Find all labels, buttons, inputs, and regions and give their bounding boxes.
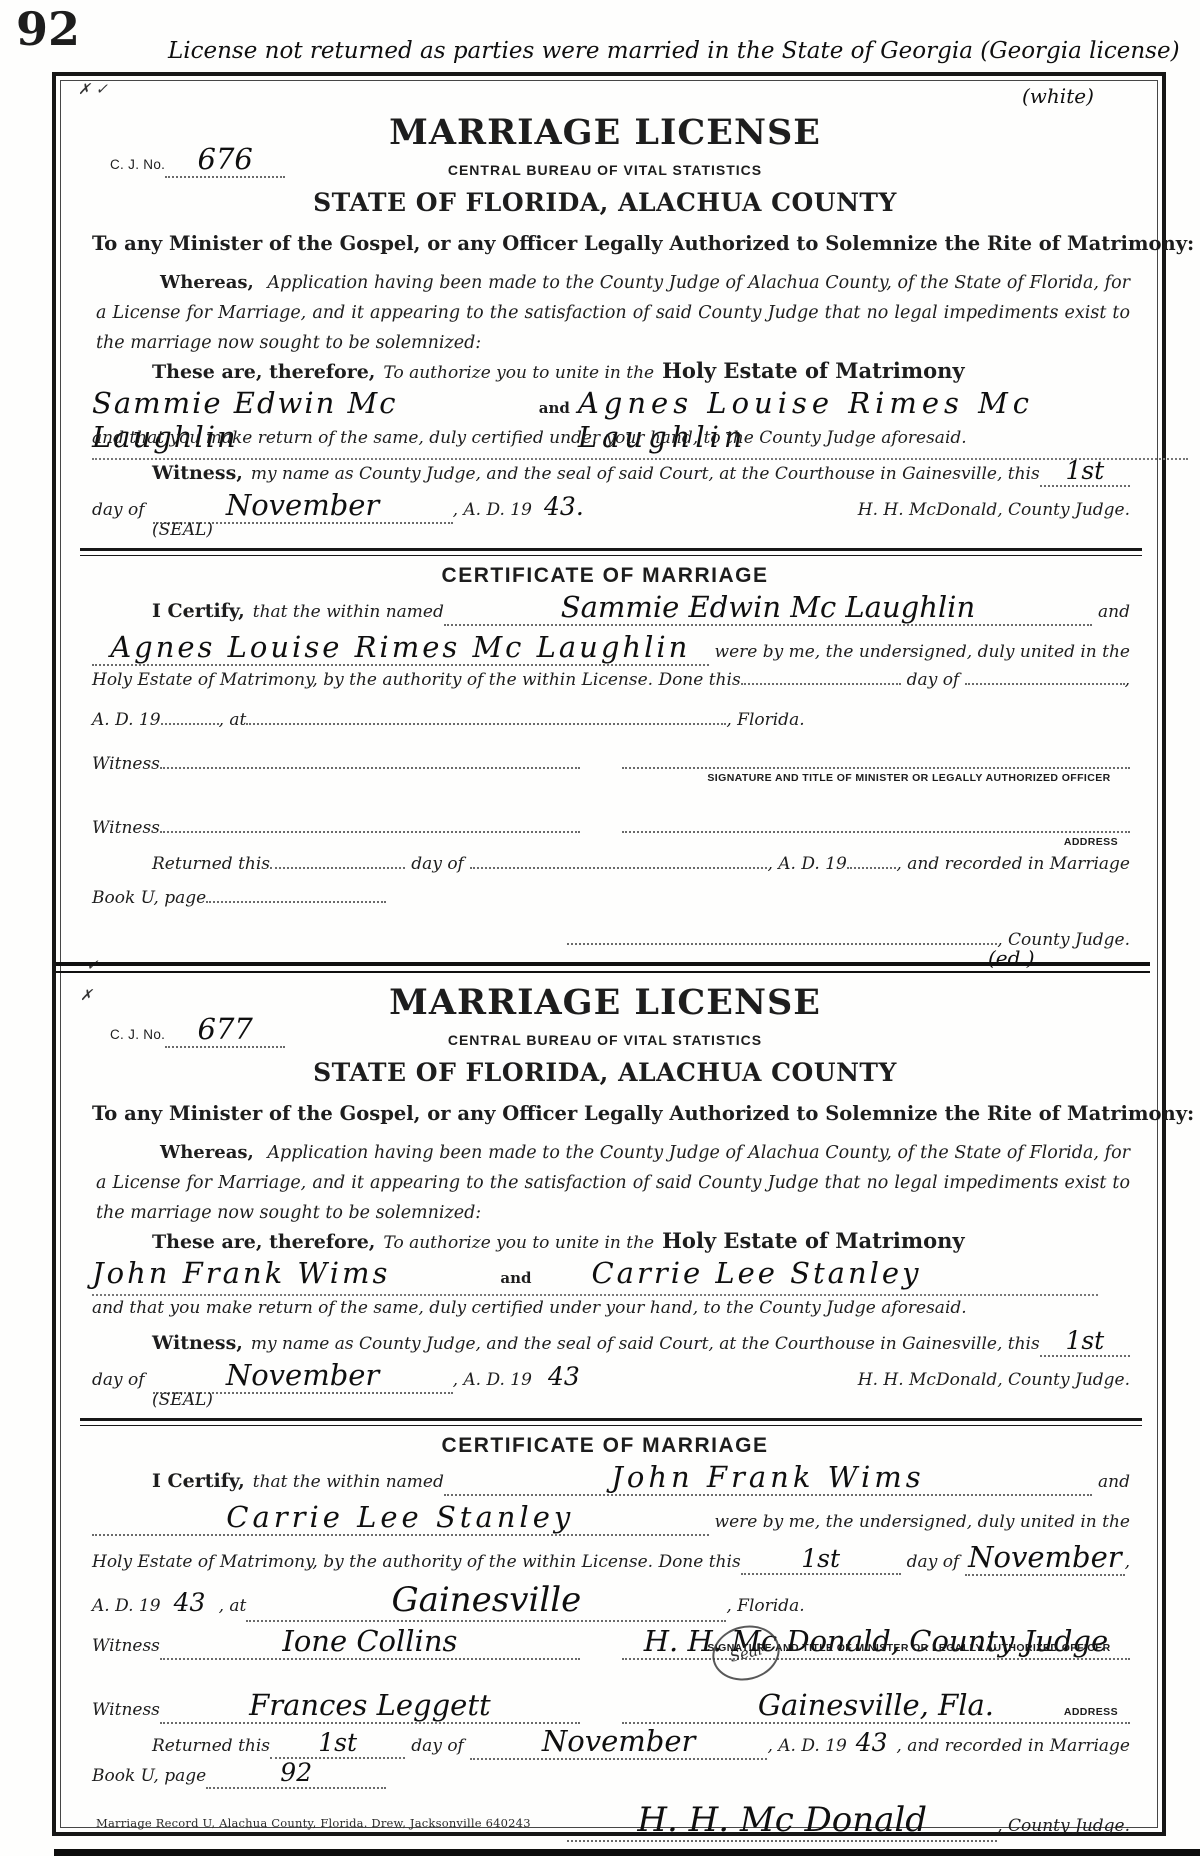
returned-day-slot: 1st xyxy=(270,1728,405,1759)
these-text: To authorize you to unite in the xyxy=(383,363,654,383)
cert-year-slot xyxy=(161,723,219,725)
returned-day-slot xyxy=(270,867,405,869)
couple-names-line: John Frank Wims and Carrie Lee Stanley xyxy=(92,1256,1098,1296)
returned-line: Returned this day of , A. D. 19 , and re… xyxy=(152,854,1130,874)
certify-label: I Certify, xyxy=(152,600,245,622)
whereas-label: Whereas, xyxy=(160,272,254,293)
done-this-line: Holy Estate of Matrimony, by the authori… xyxy=(92,670,1130,690)
seal-word: (SEAL) xyxy=(152,1390,213,1410)
county-judge-line: , County Judge. xyxy=(92,930,1130,950)
witness1-slot xyxy=(160,767,580,769)
returned-month-value: November xyxy=(542,1724,695,1758)
month-slot: November xyxy=(153,1358,453,1394)
certify-line: I Certify, that the within named John Fr… xyxy=(152,1460,1130,1496)
whereas-label: Whereas, xyxy=(160,1142,254,1163)
day-slot: 1st xyxy=(1040,456,1130,487)
day-of-label: day of xyxy=(92,1370,145,1390)
book-label: Book U, page xyxy=(92,1766,206,1786)
day-of-label: day of xyxy=(907,670,960,690)
ad19-prefix: A. D. 19 xyxy=(92,1596,161,1616)
book-page-slot: 92 xyxy=(206,1758,386,1789)
done-month-value: November xyxy=(968,1540,1121,1574)
address-caption: ADDRESS xyxy=(812,1706,1118,1718)
ad19-prefix: A. D. 19 xyxy=(92,710,161,730)
united-text: were by me, the undersigned, duly united… xyxy=(715,1512,1130,1532)
comma: , xyxy=(1125,1552,1130,1572)
year-value: 43 xyxy=(548,1362,580,1391)
ad-at-line: A. D. 19 , at , Florida. xyxy=(92,710,1130,730)
certify-label: I Certify, xyxy=(152,1470,245,1492)
ad-at-line: A. D. 19 43 , at Gainesville , Florida. xyxy=(92,1580,1130,1622)
witness-clause-line: Witness, my name as County Judge, and th… xyxy=(152,456,1130,487)
certificate-bride-slot: Carrie Lee Stanley xyxy=(92,1500,709,1536)
returned-year-slot: 43 xyxy=(847,1728,897,1757)
day-of-label: day of xyxy=(411,854,464,874)
done-month-slot xyxy=(965,683,1124,685)
certificate-bride-name: Agnes Louise Rimes Mc Laughlin xyxy=(110,630,690,664)
and-word: and xyxy=(539,399,570,417)
certificate-title-text: CERTIFICATE OF MARRIAGE xyxy=(52,564,1158,588)
witness1-line: Witness xyxy=(92,754,1130,774)
holy-line-text: Holy Estate of Matrimony, by the authori… xyxy=(92,1552,741,1572)
these-label: These are, therefore, xyxy=(152,361,375,383)
cert-year-value: 43 xyxy=(174,1588,206,1617)
returned-month-slot: November xyxy=(470,1724,768,1760)
ad19-label: , A. D. 19 xyxy=(767,1736,846,1756)
day-of-line: day of November , A. D. 19 43 H. H. McDo… xyxy=(92,1358,1130,1394)
couple-names-line: Sammie Edwin Mc Laughlin and Agnes Louis… xyxy=(92,386,1188,460)
holy-estate-text: Holy Estate of Matrimony xyxy=(662,1228,965,1253)
certificate-groom-slot: John Frank Wims xyxy=(444,1460,1092,1496)
whereas-paragraph: Whereas, Application having been made to… xyxy=(96,1138,1130,1228)
day-slot: 1st xyxy=(1040,1326,1130,1357)
place-value: Gainesville xyxy=(391,1580,581,1620)
ad19-label: , A. D. 19 xyxy=(453,500,532,520)
certificate-divider-rule xyxy=(80,1418,1142,1426)
judge-signature-value: H. H. Mc Donald xyxy=(637,1800,927,1840)
certificate-groom-name: John Frank Wims xyxy=(611,1460,924,1494)
signature-caption: SIGNATURE AND TITLE OF MINISTER OR LEGAL… xyxy=(692,772,1126,784)
gospel-line: To any Minister of the Gospel, or any Of… xyxy=(92,1102,1130,1125)
witness2-slot: Frances Leggett xyxy=(160,1688,580,1724)
top-handwritten-annotation: License not returned as parties were mar… xyxy=(168,38,1180,64)
marriage-license-form-676: MARRIAGE LICENSE C. J. No. 676 CENTRAL B… xyxy=(52,90,1158,958)
gospel-line: To any Minister of the Gospel, or any Of… xyxy=(92,232,1130,255)
day-of-label: day of xyxy=(92,500,145,520)
place-slot: Gainesville xyxy=(246,1580,726,1622)
return-line: and that you make return of the same, du… xyxy=(92,1298,1130,1318)
done-this-line: Holy Estate of Matrimony, by the authori… xyxy=(92,1540,1130,1576)
witness-text: my name as County Judge, and the seal of… xyxy=(251,464,1040,484)
witness-word: Witness xyxy=(92,1700,160,1720)
month-value: November xyxy=(226,1358,379,1392)
at-label: , at xyxy=(219,1596,247,1616)
seal-word: (SEAL) xyxy=(152,520,213,540)
book-page-line: Book U, page xyxy=(92,888,1130,908)
holy-line-text: Holy Estate of Matrimony, by the authori… xyxy=(92,670,741,690)
return-text: and that you make return of the same, du… xyxy=(92,428,967,448)
witness-word: Witness xyxy=(92,818,160,838)
ad19-label: , A. D. 19 xyxy=(453,1370,532,1390)
certify-line: I Certify, that the within named Sammie … xyxy=(152,590,1130,626)
whereas-paragraph: Whereas, Application having been made to… xyxy=(96,268,1130,358)
day-value: 1st xyxy=(1065,1326,1104,1355)
certificate-bride-line: Agnes Louise Rimes Mc Laughlin were by m… xyxy=(92,630,1130,666)
done-month-slot: November xyxy=(965,1540,1124,1576)
certificate-bride-line: Carrie Lee Stanley were by me, the under… xyxy=(92,1500,1130,1536)
witness1-slot: Ione Collins xyxy=(160,1624,580,1660)
and-word: and xyxy=(500,1269,531,1287)
witness2-line: Witness xyxy=(92,818,1130,838)
gospel-text: To any Minister of the Gospel, or any Of… xyxy=(92,232,1194,255)
judge-signature-printed: H. H. McDonald, County Judge. xyxy=(858,500,1130,520)
state-county-text: STATE OF FLORIDA, ALACHUA COUNTY xyxy=(52,1058,1158,1087)
witness-word: Witness xyxy=(92,754,160,774)
day-value: 1st xyxy=(1065,456,1104,485)
certificate-title: CERTIFICATE OF MARRIAGE xyxy=(52,564,1158,588)
these-text: To authorize you to unite in the xyxy=(383,1233,654,1253)
month-value: November xyxy=(226,488,379,522)
comma: , xyxy=(1125,670,1130,690)
cert-year-slot: 43 xyxy=(161,1588,219,1617)
year-value: 43. xyxy=(544,492,584,521)
day-of-label: day of xyxy=(411,1736,464,1756)
returned-year-slot xyxy=(847,867,897,869)
holy-estate-text: Holy Estate of Matrimony xyxy=(662,358,965,383)
witness1-value: Ione Collins xyxy=(282,1624,457,1658)
these-label: These are, therefore, xyxy=(152,1231,375,1253)
returned-year-value: 43 xyxy=(856,1728,888,1757)
year-slot: 43 xyxy=(532,1362,596,1391)
county-judge-label: , County Judge. xyxy=(997,930,1130,950)
witness-text: my name as County Judge, and the seal of… xyxy=(251,1334,1040,1354)
certificate-title: CERTIFICATE OF MARRIAGE xyxy=(52,1434,1158,1458)
certify-text: that the within named xyxy=(253,1472,444,1492)
these-are-line: These are, therefore, To authorize you t… xyxy=(152,1228,1130,1253)
returned-day-value: 1st xyxy=(318,1728,357,1757)
returned-label: Returned this xyxy=(152,854,270,874)
certificate-bride-name: Carrie Lee Stanley xyxy=(226,1500,574,1534)
printer-footer: Marriage Record U, Alachua County, Flori… xyxy=(96,1816,531,1830)
state-county-text: STATE OF FLORIDA, ALACHUA COUNTY xyxy=(52,188,1158,217)
bureau-line: CENTRAL BUREAU OF VITAL STATISTICS xyxy=(52,162,1158,178)
state-county-line: STATE OF FLORIDA, ALACHUA COUNTY xyxy=(52,1058,1158,1087)
groom-name: John Frank Wims xyxy=(92,1256,390,1290)
returned-month-slot xyxy=(470,867,768,869)
and-word: and xyxy=(1098,1472,1130,1492)
returned-label: Returned this xyxy=(152,1736,270,1756)
florida-label: , Florida. xyxy=(726,1596,804,1616)
done-day-slot: 1st xyxy=(741,1544,901,1575)
witness-clause-line: Witness, my name as County Judge, and th… xyxy=(152,1326,1130,1357)
recorded-text: , and recorded in Marriage xyxy=(896,854,1130,874)
witness-word: Witness xyxy=(92,1636,160,1656)
seal-word-line: (SEAL) xyxy=(152,1390,1130,1410)
florida-label: , Florida. xyxy=(726,710,804,730)
address-caption: ADDRESS xyxy=(812,836,1118,848)
certify-text: that the within named xyxy=(253,602,444,622)
certificate-bride-slot: Agnes Louise Rimes Mc Laughlin xyxy=(92,630,709,666)
witness-label: Witness, xyxy=(152,1332,243,1354)
day-of-line: day of November , A. D. 19 43. H. H. McD… xyxy=(92,488,1130,524)
state-county-line: STATE OF FLORIDA, ALACHUA COUNTY xyxy=(52,188,1158,217)
ad19-label: , A. D. 19 xyxy=(767,854,846,874)
book-page-slot xyxy=(206,901,386,903)
and-word: and xyxy=(1098,602,1130,622)
certificate-groom-name: Sammie Edwin Mc Laughlin xyxy=(561,590,975,624)
returned-line: Returned this 1st day of November , A. D… xyxy=(152,1724,1130,1760)
marriage-license-form-677: MARRIAGE LICENSE C. J. No. 677 CENTRAL B… xyxy=(52,960,1158,1856)
year-slot: 43. xyxy=(532,492,596,521)
book-label: Book U, page xyxy=(92,888,206,908)
bureau-line: CENTRAL BUREAU OF VITAL STATISTICS xyxy=(52,1032,1158,1048)
witness-label: Witness, xyxy=(152,462,243,484)
seal-stamp-text: Seal xyxy=(728,1640,764,1665)
gospel-text: To any Minister of the Gospel, or any Of… xyxy=(92,1102,1194,1125)
united-text: were by me, the undersigned, duly united… xyxy=(715,642,1130,662)
judge-signature-printed: H. H. McDonald, County Judge. xyxy=(858,1370,1130,1390)
these-are-line: These are, therefore, To authorize you t… xyxy=(152,358,1130,383)
book-page-value: 92 xyxy=(280,1758,312,1787)
return-text: and that you make return of the same, du… xyxy=(92,1298,967,1318)
place-slot xyxy=(246,723,726,725)
officiant-signature-slot xyxy=(622,767,1130,769)
certificate-groom-slot: Sammie Edwin Mc Laughlin xyxy=(444,590,1092,626)
at-label: , at xyxy=(219,710,247,730)
recorded-text: , and recorded in Marriage xyxy=(896,1736,1130,1756)
witness2-value: Frances Leggett xyxy=(249,1688,490,1722)
day-of-label: day of xyxy=(907,1552,960,1572)
done-day-value: 1st xyxy=(801,1544,840,1573)
address-slot xyxy=(622,831,1130,833)
certificate-title-text: CERTIFICATE OF MARRIAGE xyxy=(52,1434,1158,1458)
bureau-text: CENTRAL BUREAU OF VITAL STATISTICS xyxy=(52,162,1158,178)
bride-name: Carrie Lee Stanley xyxy=(591,1256,921,1290)
bureau-text: CENTRAL BUREAU OF VITAL STATISTICS xyxy=(52,1032,1158,1048)
judge-signature-slot xyxy=(567,943,997,945)
book-page-line: Book U, page 92 xyxy=(92,1758,1130,1789)
witness2-slot xyxy=(160,831,580,833)
county-judge-label: , County Judge. xyxy=(997,1816,1130,1836)
seal-word-line: (SEAL) xyxy=(152,520,1130,540)
month-slot: November xyxy=(153,488,453,524)
scanned-document-page: 92 License not returned as parties were … xyxy=(0,0,1200,1856)
page-number: 92 xyxy=(16,2,80,56)
return-line: and that you make return of the same, du… xyxy=(92,428,1130,448)
judge-signature-slot: H. H. Mc Donald xyxy=(567,1800,997,1842)
certificate-divider-rule xyxy=(80,548,1142,556)
done-day-slot xyxy=(741,683,901,685)
